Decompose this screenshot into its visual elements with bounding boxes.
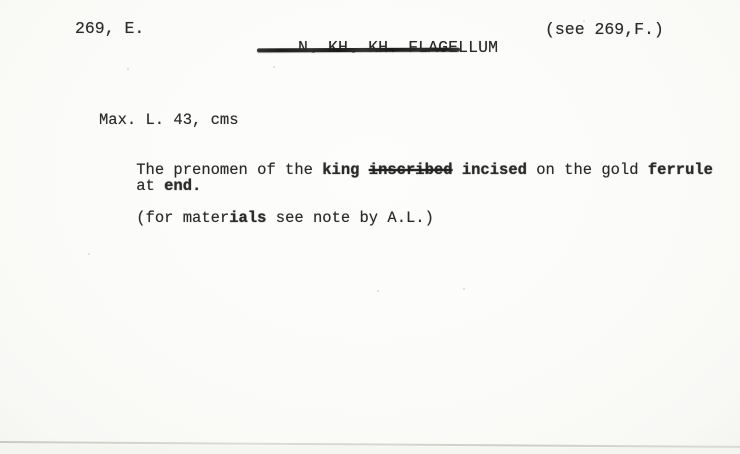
paper-speck <box>88 253 90 255</box>
text-segment: (for <box>136 209 183 227</box>
text-segment-bold: ferrule <box>648 161 713 179</box>
paper-speck <box>463 288 465 290</box>
text-segment: mater <box>183 209 230 227</box>
cross-reference: (see 269,F.) <box>545 21 664 39</box>
struck-out-word: inscribed <box>369 161 453 179</box>
paper-speck <box>583 20 585 22</box>
catalog-card-scan: 269, E. N. KH. KH. FLAGELLUM (see 269,F.… <box>0 0 740 454</box>
paper-speck <box>127 68 129 70</box>
footnote-line: (for materials see note by A.L.) <box>99 193 434 244</box>
paper-speck <box>273 66 275 68</box>
text-segment-bold: king <box>322 161 359 179</box>
measurement-line: Max. L. 43, cms <box>99 112 239 129</box>
text-segment-bold: ials <box>229 209 266 227</box>
text-segment: on the gold <box>527 161 648 179</box>
text-segment-bold: incised <box>462 161 527 179</box>
card-number: 269, E. <box>75 20 144 38</box>
text-segment <box>359 161 368 179</box>
paper-speck <box>377 290 379 292</box>
title-underline-rule <box>257 48 460 53</box>
text-segment <box>453 161 462 179</box>
text-segment: see note by A.L.) <box>266 209 433 227</box>
